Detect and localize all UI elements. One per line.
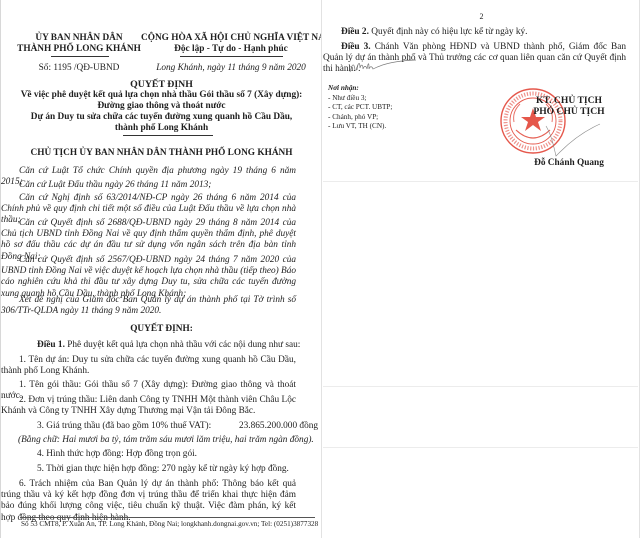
article-1-item: 5. Thời gian thực hiện hợp đồng: 270 ngà… <box>37 464 289 475</box>
motto: Độc lập - Tự do - Hạnh phúc <box>141 44 321 55</box>
national-name: CỘNG HÒA XÃ HỘI CHỦ NGHĨA VIỆT NAM <box>141 33 321 44</box>
issuer-line1: ỦY BAN NHÂN DÂN <box>9 33 149 44</box>
recipients-heading: Nơi nhận: <box>328 84 392 94</box>
authority-heading: CHỦ TỊCH ỦY BAN NHÂN DÂN THÀNH PHỐ LONG … <box>1 148 322 159</box>
article-2: Điều 2. Quyết định này có hiệu lực kể từ… <box>341 27 527 38</box>
basis-item: Căn cứ Quyết định số 2567/QĐ-UBND ngày 2… <box>1 255 296 300</box>
handwritten-signature-icon <box>544 122 604 162</box>
subject-line: Về việc phê duyệt kết quả lựa chọn nhà t… <box>1 90 322 101</box>
signer-title-line2: PHÓ CHỦ TỊCH <box>514 106 624 117</box>
recipient-item: - Lưu VT, TH (CN). <box>328 122 392 132</box>
page-number: 2 <box>322 11 640 22</box>
recipient-item: - Như điều 3; <box>328 94 392 104</box>
contract-price-words: (Bằng chữ: Hai mươi ba tỷ, tám trăm sáu … <box>18 435 314 446</box>
place-date: Long Khánh, ngày 11 tháng 9 năm 2020 <box>141 63 321 74</box>
issuer-name: ỦY BAN NHÂN DÂN THÀNH PHỐ LONG KHÁNH <box>9 33 149 55</box>
signer-name: Đỗ Chánh Quang <box>514 158 624 168</box>
article-3-label: Điều 3. <box>341 42 371 52</box>
subject-line: thành phố Long Khánh <box>1 123 322 134</box>
document-subject: Về việc phê duyệt kết quả lựa chọn nhà t… <box>1 90 322 134</box>
document-title: QUYẾT ĐỊNH <box>1 79 322 90</box>
recipient-item: - CT, các PCT. UBTP; <box>328 103 392 113</box>
signer-title: KT. CHỦ TỊCH PHÓ CHỦ TỊCH <box>514 95 624 117</box>
subject-line: Dự án Duy tu sửa chữa các tuyến đường xu… <box>1 112 322 123</box>
basis-item: Căn cứ Luật Đấu thầu ngày 26 tháng 11 nă… <box>1 180 296 191</box>
issuer-line2: THÀNH PHỐ LONG KHÁNH <box>9 44 149 55</box>
article-1: Điều 1. Phê duyệt kết quả lựa chọn nhà t… <box>37 340 300 351</box>
article-2-text: Quyết định này có hiệu lực kể từ ngày ký… <box>371 27 527 37</box>
initials-signature-icon <box>348 58 428 74</box>
motto-underline <box>180 56 283 57</box>
page-divider <box>323 181 638 182</box>
article-2-label: Điều 2. <box>341 27 369 37</box>
article-1-text: Phê duyệt kết quả lựa chọn nhà thầu với … <box>67 340 300 350</box>
page-divider <box>323 447 638 448</box>
document-number: Số: 1195 /QĐ-UBND <box>9 63 149 74</box>
footer-address: Số 53 CMT8, P. Xuân An, TP. Long Khánh, … <box>21 520 318 529</box>
article-1-item: 4. Hình thức hợp đồng: Hợp đồng trọn gói… <box>37 449 197 460</box>
contract-price-label: 3. Giá trúng thầu (đã bao gồm 10% thuế V… <box>37 421 211 432</box>
article-1-item: 1. Tên dự án: Duy tu sửa chữa các tuyến … <box>1 355 296 377</box>
footer-divider <box>20 517 315 518</box>
document-page-1: ỦY BAN NHÂN DÂN THÀNH PHỐ LONG KHÁNH CỘN… <box>0 0 321 538</box>
basis-item: Xét đề nghị của Giám đốc Ban Quản lý dự … <box>1 295 296 317</box>
signer-title-line1: KT. CHỦ TỊCH <box>514 95 624 106</box>
recipients: Nơi nhận: - Như điều 3; - CT, các PCT. U… <box>328 84 392 132</box>
decision-heading: QUYẾT ĐỊNH: <box>1 324 322 335</box>
article-1-item: 2. Đơn vị trúng thầu: Liên danh Công ty … <box>1 395 296 417</box>
national-motto: CỘNG HÒA XÃ HỘI CHỦ NGHĨA VIỆT NAM Độc l… <box>141 33 321 55</box>
issuer-underline <box>51 56 109 57</box>
contract-price-value: 23.865.200.000 đồng <box>239 421 318 432</box>
page-divider <box>323 386 638 387</box>
subject-line: Đường giao thông và thoát nước <box>1 101 322 112</box>
document-page-2: 2 Điều 2. Quyết định này có hiệu lực kể … <box>321 0 640 538</box>
recipient-item: - Chánh, phó VP; <box>328 113 392 123</box>
subject-underline <box>123 135 213 136</box>
article-1-label: Điều 1. <box>37 340 65 350</box>
